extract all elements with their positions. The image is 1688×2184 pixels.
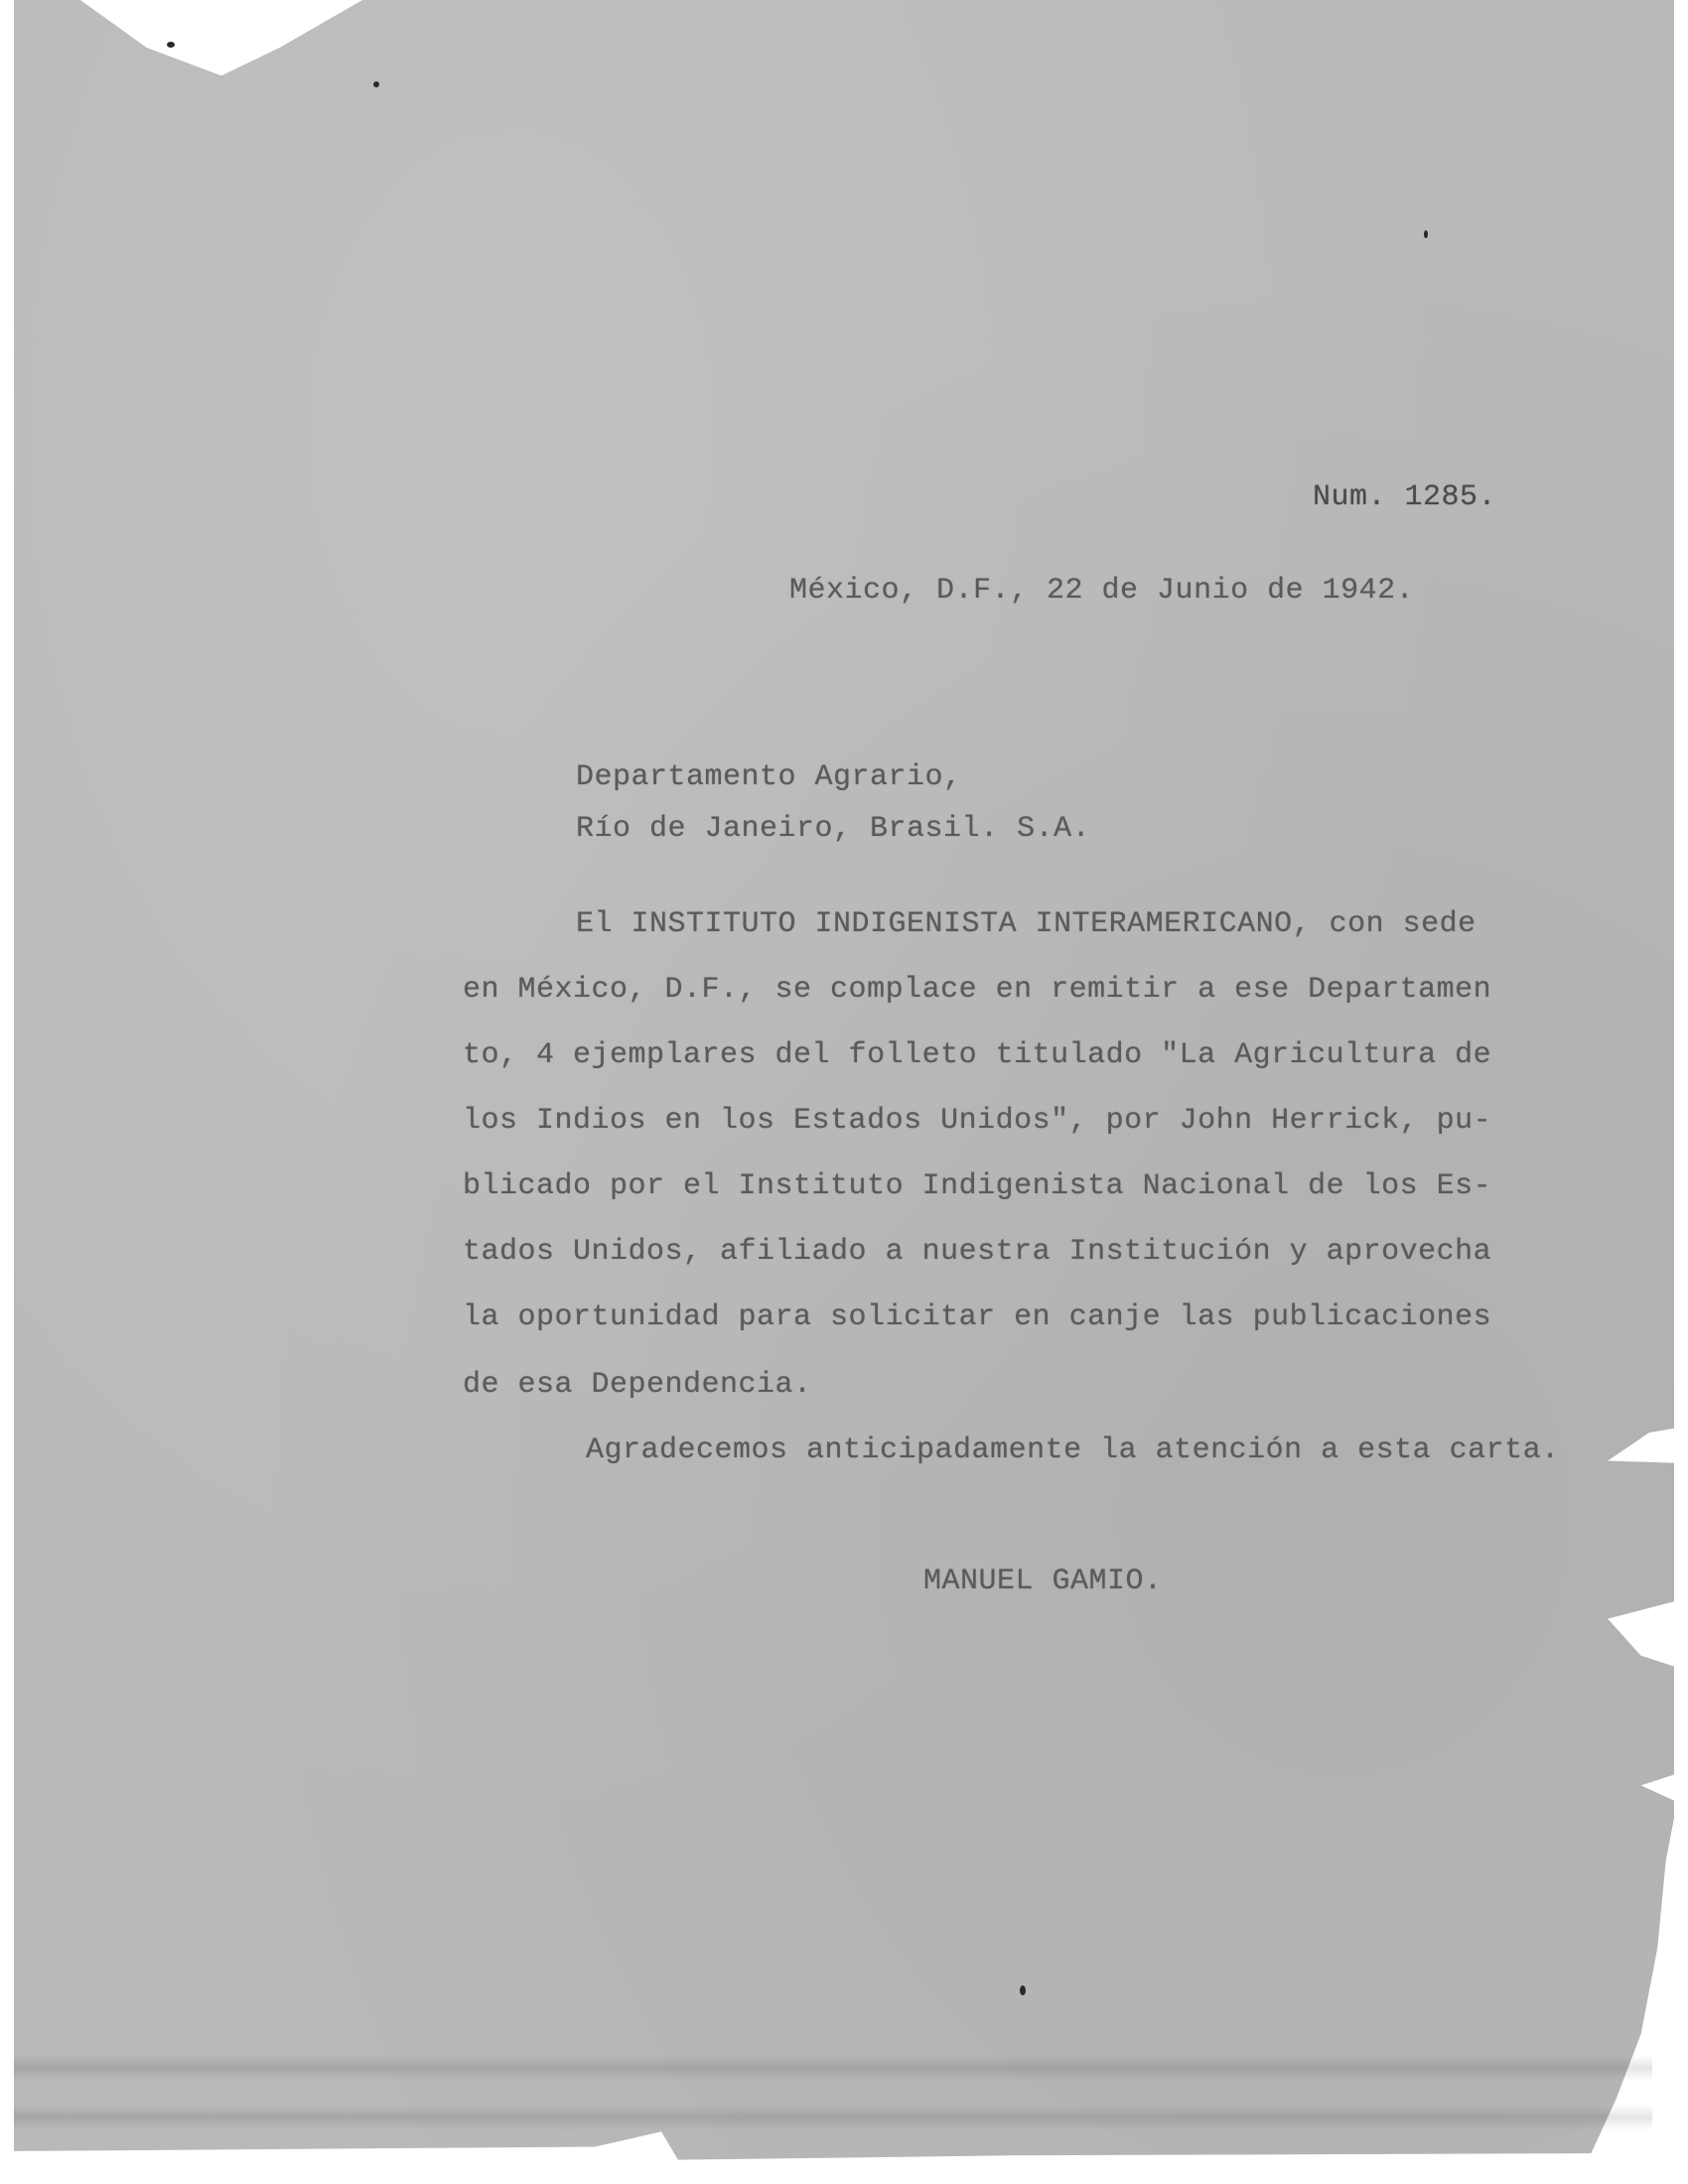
recipient-line-2: Río de Janeiro, Brasil. S.A. bbox=[576, 812, 1090, 846]
closing-line: Agradecemos anticipadamente la atención … bbox=[586, 1433, 1560, 1467]
body-line: de esa Dependencia. bbox=[463, 1368, 812, 1402]
body-line: El INSTITUTO INDIGENISTA INTERAMERICANO,… bbox=[576, 907, 1477, 941]
ink-speck bbox=[1424, 230, 1428, 238]
ink-speck bbox=[167, 42, 175, 48]
ink-speck bbox=[1020, 1985, 1026, 1995]
body-line: en México, D.F., se complace en remitir … bbox=[463, 973, 1491, 1007]
body-line: blicado por el Instituto Indigenista Nac… bbox=[463, 1169, 1491, 1203]
ink-speck bbox=[373, 81, 379, 87]
body-line: to, 4 ejemplares del folleto titulado "L… bbox=[463, 1038, 1491, 1072]
letter-number: Num. 1285. bbox=[1313, 480, 1496, 514]
body-line: los Indios en los Estados Unidos", por J… bbox=[463, 1104, 1491, 1138]
body-line: tados Unidos, afiliado a nuestra Institu… bbox=[463, 1235, 1491, 1269]
paper-sheet bbox=[14, 0, 1674, 2164]
place-date: México, D.F., 22 de Junio de 1942. bbox=[789, 574, 1414, 608]
signature: MANUEL GAMIO. bbox=[923, 1565, 1163, 1598]
recipient-line-1: Departamento Agrario, bbox=[576, 760, 962, 794]
paper-fold bbox=[14, 2105, 1652, 2130]
paper-fold bbox=[14, 2055, 1652, 2081]
body-line: la oportunidad para solicitar en canje l… bbox=[463, 1300, 1491, 1334]
